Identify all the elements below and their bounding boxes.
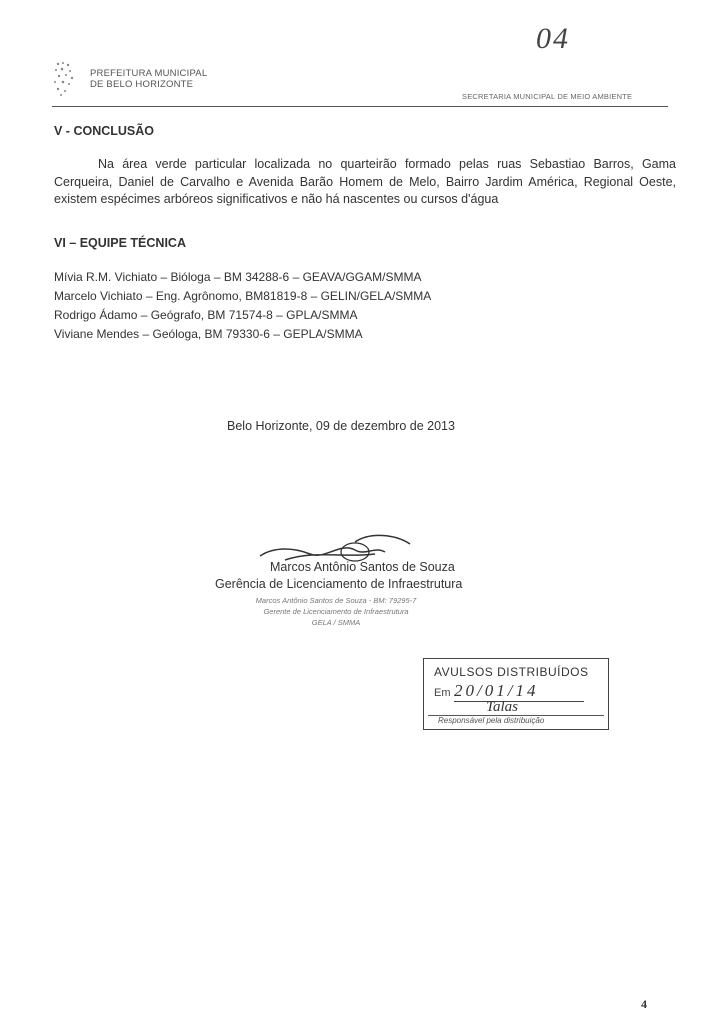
team-member: Mívia R.M. Vichiato – Bióloga – BM 34288… [54, 268, 431, 287]
distribution-stamp: AVULSOS DISTRIBUÍDOS Em 20/01/14 Talas R… [423, 658, 609, 730]
team-member: Viviane Mendes – Geóloga, BM 79330-6 – G… [54, 325, 431, 344]
team-member: Marcelo Vichiato – Eng. Agrônomo, BM8181… [54, 287, 431, 306]
date-line: Belo Horizonte, 09 de dezembro de 2013 [227, 419, 455, 433]
org-line-1: PREFEITURA MUNICIPAL [90, 68, 207, 79]
page-number: 4 [641, 997, 647, 1012]
distribution-signature: Talas [486, 699, 518, 716]
team-heading: VI – EQUIPE TÉCNICA [54, 236, 186, 250]
signatory-stamp: Marcos Antônio Santos de Souza - BM: 792… [236, 595, 436, 628]
stamp-line: GELA / SMMA [236, 617, 436, 628]
stamp-line: Gerente de Licenciamento de Infraestrutu… [236, 606, 436, 617]
handwritten-page-stamp: 04 [536, 22, 570, 56]
team-list: Mívia R.M. Vichiato – Bióloga – BM 34288… [54, 268, 431, 344]
city-logo-icon [52, 60, 82, 98]
distribution-em-label: Em [434, 687, 451, 699]
header-divider [52, 106, 668, 107]
distribution-date: 20/01/14 [454, 681, 584, 702]
conclusion-paragraph: Na área verde particular localizada no q… [54, 156, 676, 209]
stamp-line: Marcos Antônio Santos de Souza - BM: 792… [236, 595, 436, 606]
signatory-role: Gerência de Licenciamento de Infraestrut… [215, 577, 462, 591]
department-name: SECRETARIA MUNICIPAL DE MEIO AMBIENTE [462, 92, 632, 101]
organization-name: PREFEITURA MUNICIPAL DE BELO HORIZONTE [90, 68, 207, 90]
distribution-stamp-title: AVULSOS DISTRIBUÍDOS [434, 665, 588, 679]
conclusion-heading: V - CONCLUSÃO [54, 124, 154, 138]
team-member: Rodrigo Ádamo – Geógrafo, BM 71574-8 – G… [54, 306, 431, 325]
org-line-2: DE BELO HORIZONTE [90, 79, 207, 90]
distribution-footer: Responsável pela distribuição [438, 716, 544, 725]
signatory-name: Marcos Antônio Santos de Souza [270, 560, 455, 574]
